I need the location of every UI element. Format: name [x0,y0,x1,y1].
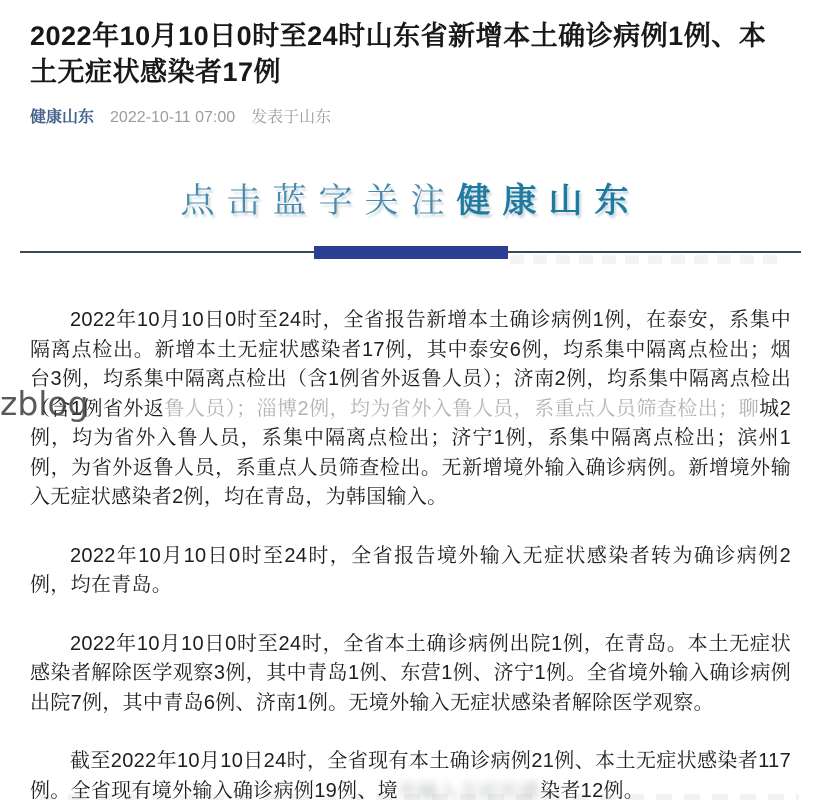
paragraph-discharges: 2022年10月10日0时至24时，全省本土确诊病例出院1例，在青岛。本土无症状… [30,630,791,719]
article-meta: 健康山东 2022-10-11 07:00 发表于山东 [30,104,791,127]
paragraph-imported-conversions: 2022年10月10日0时至24时，全省报告境外输入无症状感染者转为确诊病例2例… [30,542,791,601]
account-link[interactable]: 健康山东 [30,104,94,127]
faint-ghost-text-row [510,255,777,264]
publish-location: 发表于山东 [251,104,331,127]
follow-banner-prefix: 点击蓝字关注 [181,182,457,220]
article-body: 2022年10月10日0时至24时，全省报告新增本土确诊病例1例，在泰安，系集中… [30,306,791,800]
follow-banner-text: 点击蓝字关注健康山东 [181,182,641,220]
paragraph-new-cases: 2022年10月10日0时至24时，全省报告新增本土确诊病例1例，在泰安，系集中… [30,306,791,513]
paragraph-current-totals: 截至2022年10月10日24时，全省现有本土确诊病例21例、本土无症状感染者1… [30,747,791,800]
faded-text-segment: 鲁人员）；淄博2例，均为省外入鲁人员，系重点人员筛查检出；聊 [164,398,759,420]
divider-accent-bar [314,246,508,259]
publish-time: 2022-10-11 07:00 [110,109,235,127]
follow-banner-account-name: 健康山东 [457,182,641,220]
follow-banner: 点击蓝字关注健康山东 [30,173,791,222]
zblog-watermark: zblog [0,384,89,423]
cutoff-ghost-text [40,794,799,800]
article-page: 2022年10月10日0时至24时山东省新增本土确诊病例1例、本土无症状感染者1… [0,0,819,800]
page-title: 2022年10月10日0时至24时山东省新增本土确诊病例1例、本土无症状感染者1… [30,18,791,90]
